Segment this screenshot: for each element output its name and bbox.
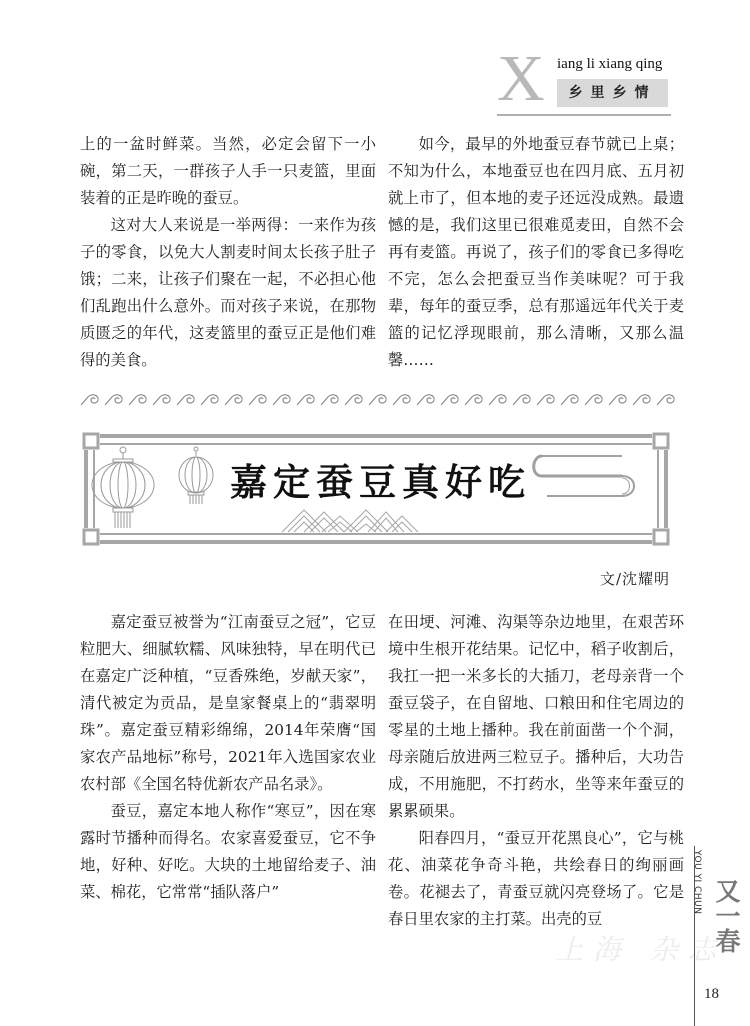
header-divider — [497, 114, 671, 116]
paragraph: 如今，最早的外地蚕豆春节就已上桌；不知为什么，本地蚕豆也在四月底、五月初就上市了… — [388, 131, 684, 374]
paragraph: 阳春四月，“蚕豆开花黑良心”，它与桃花、油菜花争奇斗艳，共绘春日的绚丽画卷。花褪… — [388, 825, 684, 933]
section-initial-letter: X — [497, 46, 545, 112]
section-pinyin: iang li xiang qing — [557, 56, 662, 73]
lantern-icon — [92, 447, 154, 528]
paragraph: 蚕豆，嘉定本地人称作“寒豆”，因在寒露时节播种而得名。农家喜爱蚕豆，它不争地，好… — [80, 798, 376, 906]
column-bottom-left: 嘉定蚕豆被誉为“江南蚕豆之冠”，它豆粒肥大、细腻软糯、风味独特，早在明代已在嘉定… — [80, 609, 376, 906]
article-title: 嘉定蚕豆真好吃 — [230, 458, 520, 508]
mountain-ornament — [282, 510, 418, 532]
paragraph: 上的一盆时鲜菜。当然，必定会留下一小碗，第二天，一群孩子人手一只麦篮，里面装着的… — [80, 131, 376, 212]
paragraph: 这对大人来说是一举两得：一来作为孩子的零食，以免大人割麦时间太长孩子肚子饿；二来… — [80, 212, 376, 374]
section-header: X iang li xiang qing 乡里乡情 — [497, 52, 672, 110]
wave-ornament-divider — [80, 392, 675, 408]
column-bottom-right: 在田埂、河滩、沟渠等杂边地里，在艰苦环境中生根开花结果。记忆中，稻子收割后，我扛… — [388, 609, 684, 933]
watermark: 上海 杂志 — [555, 928, 726, 968]
author-byline: 文/沈耀明 — [600, 568, 670, 589]
column-top-left: 上的一盆时鲜菜。当然，必定会留下一小碗，第二天，一群孩子人手一只麦篮，里面装着的… — [80, 131, 376, 374]
lantern-icon — [179, 447, 213, 504]
scroll-cloud-icon — [534, 456, 634, 496]
page-number: 18 — [704, 986, 719, 1003]
paragraph: 在田埂、河滩、沟渠等杂边地里，在艰苦环境中生根开花结果。记忆中，稻子收割后，我扛… — [388, 609, 684, 825]
column-top-right: 如今，最早的外地蚕豆春节就已上桌；不知为什么，本地蚕豆也在四月底、五月初就上市了… — [388, 131, 684, 374]
paragraph: 嘉定蚕豆被誉为“江南蚕豆之冠”，它豆粒肥大、细腻软糯、风味独特，早在明代已在嘉定… — [80, 609, 376, 798]
magazine-name-english: YOU YI CHUN — [688, 850, 702, 922]
section-title: 乡里乡情 — [557, 79, 668, 107]
magazine-logo: 又一春 — [702, 878, 746, 953]
